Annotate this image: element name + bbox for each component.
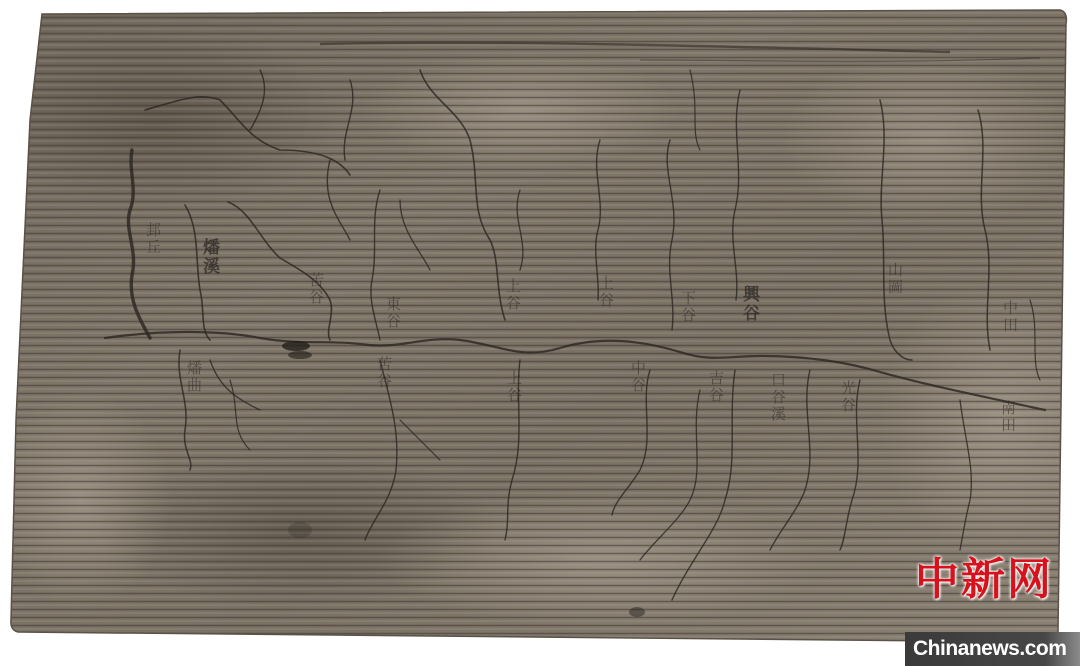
watermark-bar: Chinanews.com [905, 632, 1080, 666]
chinanews-watermark: 中新网 Chinanews.com [905, 558, 1080, 666]
watermark-chinese-text: 中新网 [915, 558, 1053, 602]
photo-stage: 邽丘 燔溪 苦谷 東谷 上谷 上谷 下谷 興谷 山圖 中田 南田 燔曲 苦谷 上… [0, 0, 1080, 666]
watermark-english-text: Chinanews.com [913, 637, 1066, 661]
